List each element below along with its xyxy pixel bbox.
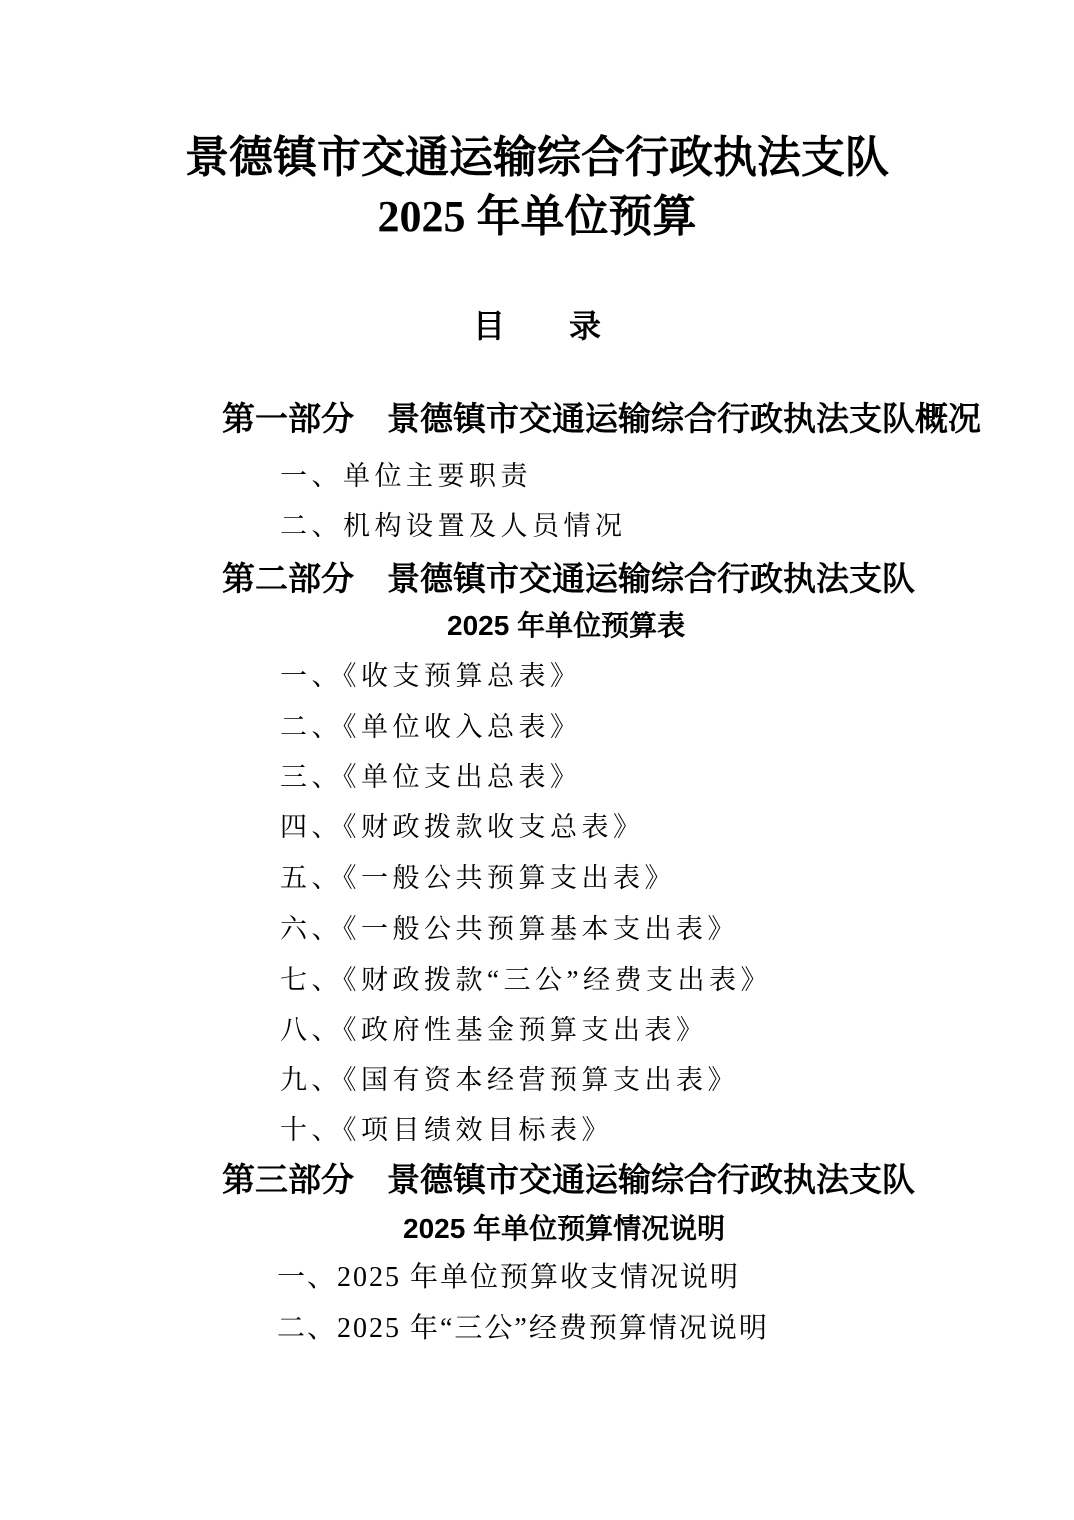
part2-heading-line2: 2025 年单位预算表	[447, 610, 685, 642]
part2-item-7: 七、《财政拨款“三公”经费支出表》	[280, 965, 772, 996]
document-title-line2: 2025 年单位预算	[0, 192, 1074, 243]
part3-heading-line1: 第三部分 景德镇市交通运输综合行政执法支队	[222, 1161, 915, 1199]
part2-item-3: 三、《单位支出总表》	[280, 762, 582, 793]
part3-item-1: 一、2025 年单位预算收支情况说明	[277, 1262, 740, 1294]
part1-heading: 第一部分 景德镇市交通运输综合行政执法支队概况	[222, 400, 981, 438]
part3-item-2: 二、2025 年“三公”经费预算情况说明	[277, 1313, 769, 1345]
part2-item-6: 六、《一般公共预算基本支出表》	[280, 914, 739, 945]
part3-heading-line2: 2025 年单位预算情况说明	[403, 1213, 725, 1245]
part2-item-1: 一、《收支预算总表》	[280, 661, 582, 692]
part2-item-9: 九、《国有资本经营预算支出表》	[280, 1065, 739, 1096]
part1-item-2: 二、机构设置及人员情况	[280, 511, 627, 542]
document-title-line1: 景德镇市交通运输综合行政执法支队	[0, 133, 1074, 184]
part2-item-5: 五、《一般公共预算支出表》	[280, 863, 676, 894]
part1-item-1: 一、单位主要职责	[280, 461, 532, 492]
part2-item-8: 八、《政府性基金预算支出表》	[280, 1015, 708, 1046]
part2-item-10: 十、《项目绩效目标表》	[280, 1115, 613, 1146]
part2-item-2: 二、《单位收入总表》	[280, 712, 582, 743]
toc-heading: 目 录	[0, 308, 1074, 345]
part2-item-4: 四、《财政拨款收支总表》	[280, 812, 645, 843]
part2-heading-line1: 第二部分 景德镇市交通运输综合行政执法支队	[222, 560, 915, 598]
document-page: 景德镇市交通运输综合行政执法支队 2025 年单位预算 目 录 第一部分 景德镇…	[0, 0, 1074, 1520]
